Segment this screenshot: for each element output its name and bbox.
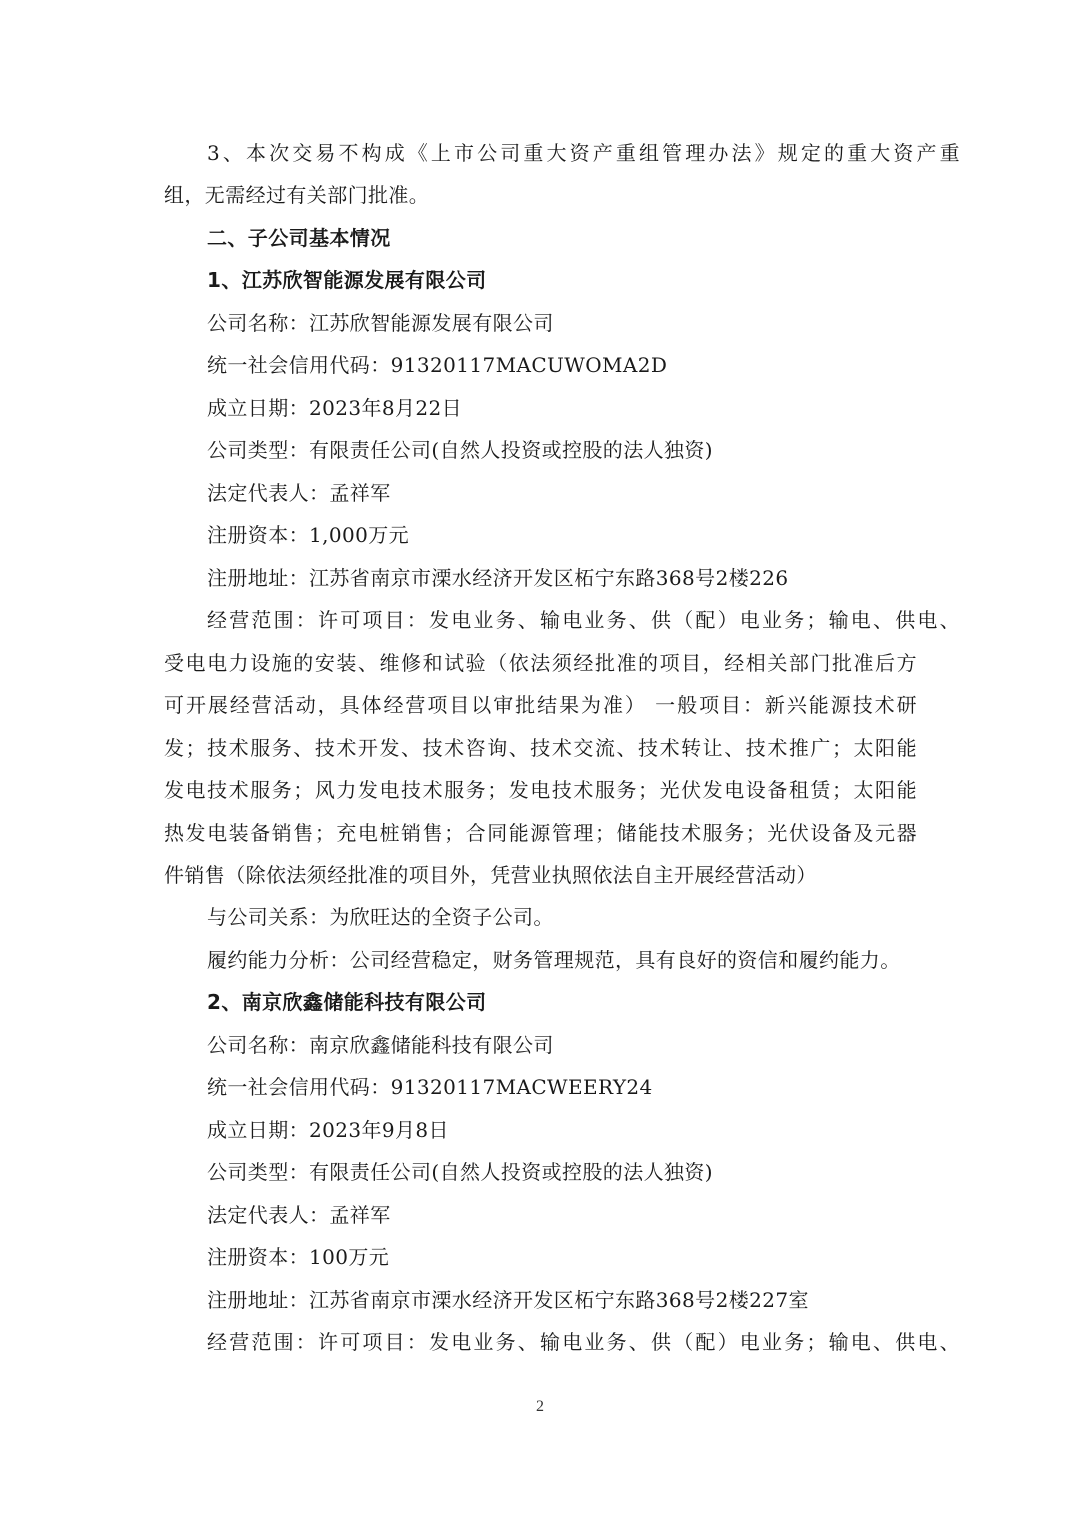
company-1-heading: 1、江苏欣智能源发展有限公司 — [207, 266, 967, 294]
page-number: 2 — [0, 1398, 1080, 1416]
company-1-name: 公司名称：江苏欣智能源发展有限公司 — [207, 309, 967, 337]
company-2-legal-rep: 法定代表人：孟祥军 — [207, 1201, 967, 1229]
company-1-type: 公司类型：有限责任公司(自然人投资或控股的法人独资) — [207, 436, 967, 464]
company-2-type: 公司类型：有限责任公司(自然人投资或控股的法人独资) — [207, 1158, 967, 1186]
company-1-scope-line-3: 可开展经营活动，具体经营项目以审批结果为准） 一般项目：新兴能源技术研 — [164, 691, 917, 719]
company-2-founding-date: 成立日期：2023年9月8日 — [207, 1116, 967, 1144]
company-1-relation: 与公司关系：为欣旺达的全资子公司。 — [207, 903, 967, 931]
company-2-heading: 2、南京欣鑫储能科技有限公司 — [207, 988, 967, 1016]
company-1-scope-line-2: 受电电力设施的安装、维修和试验（依法须经批准的项目，经相关部门批准后方 — [164, 649, 917, 677]
intro-line-1: 3、本次交易不构成《上市公司重大资产重组管理办法》规定的重大资产重 — [207, 139, 960, 167]
company-1-founding-date: 成立日期：2023年8月22日 — [207, 394, 967, 422]
company-1-scope-line-4: 发；技术服务、技术开发、技术咨询、技术交流、技术转让、技术推广；太阳能 — [164, 734, 917, 762]
company-2-address: 注册地址：江苏省南京市溧水经济开发区柘宁东路368号2楼227室 — [207, 1286, 967, 1314]
company-1-legal-rep: 法定代表人：孟祥军 — [207, 479, 967, 507]
section-heading: 二、子公司基本情况 — [207, 224, 967, 252]
company-1-credit-code: 统一社会信用代码：91320117MACUWOMA2D — [207, 351, 967, 379]
document-page: 3、本次交易不构成《上市公司重大资产重组管理办法》规定的重大资产重 组，无需经过… — [0, 0, 1080, 1528]
company-2-scope-line-1: 经营范围：许可项目：发电业务、输电业务、供（配）电业务；输电、供电、 — [207, 1328, 960, 1356]
company-2-credit-code: 统一社会信用代码：91320117MACWEERY24 — [207, 1073, 967, 1101]
company-1-scope-line-5: 发电技术服务；风力发电技术服务；发电技术服务；光伏发电设备租赁；太阳能 — [164, 776, 917, 804]
company-1-capital: 注册资本：1,000万元 — [207, 521, 967, 549]
company-1-performance: 履约能力分析：公司经营稳定，财务管理规范，具有良好的资信和履约能力。 — [207, 946, 967, 974]
company-2-name: 公司名称：南京欣鑫储能科技有限公司 — [207, 1031, 967, 1059]
company-2-capital: 注册资本：100万元 — [207, 1243, 967, 1271]
company-1-scope-line-6: 热发电装备销售；充电桩销售；合同能源管理；储能技术服务；光伏设备及元器 — [164, 819, 917, 847]
intro-line-2: 组，无需经过有关部门批准。 — [164, 181, 924, 209]
company-1-address: 注册地址：江苏省南京市溧水经济开发区柘宁东路368号2楼226 — [207, 564, 967, 592]
company-1-scope-line-1: 经营范围：许可项目：发电业务、输电业务、供（配）电业务；输电、供电、 — [207, 606, 960, 634]
company-1-scope-line-7: 件销售（除依法须经批准的项目外，凭营业执照依法自主开展经营活动） — [164, 861, 924, 889]
